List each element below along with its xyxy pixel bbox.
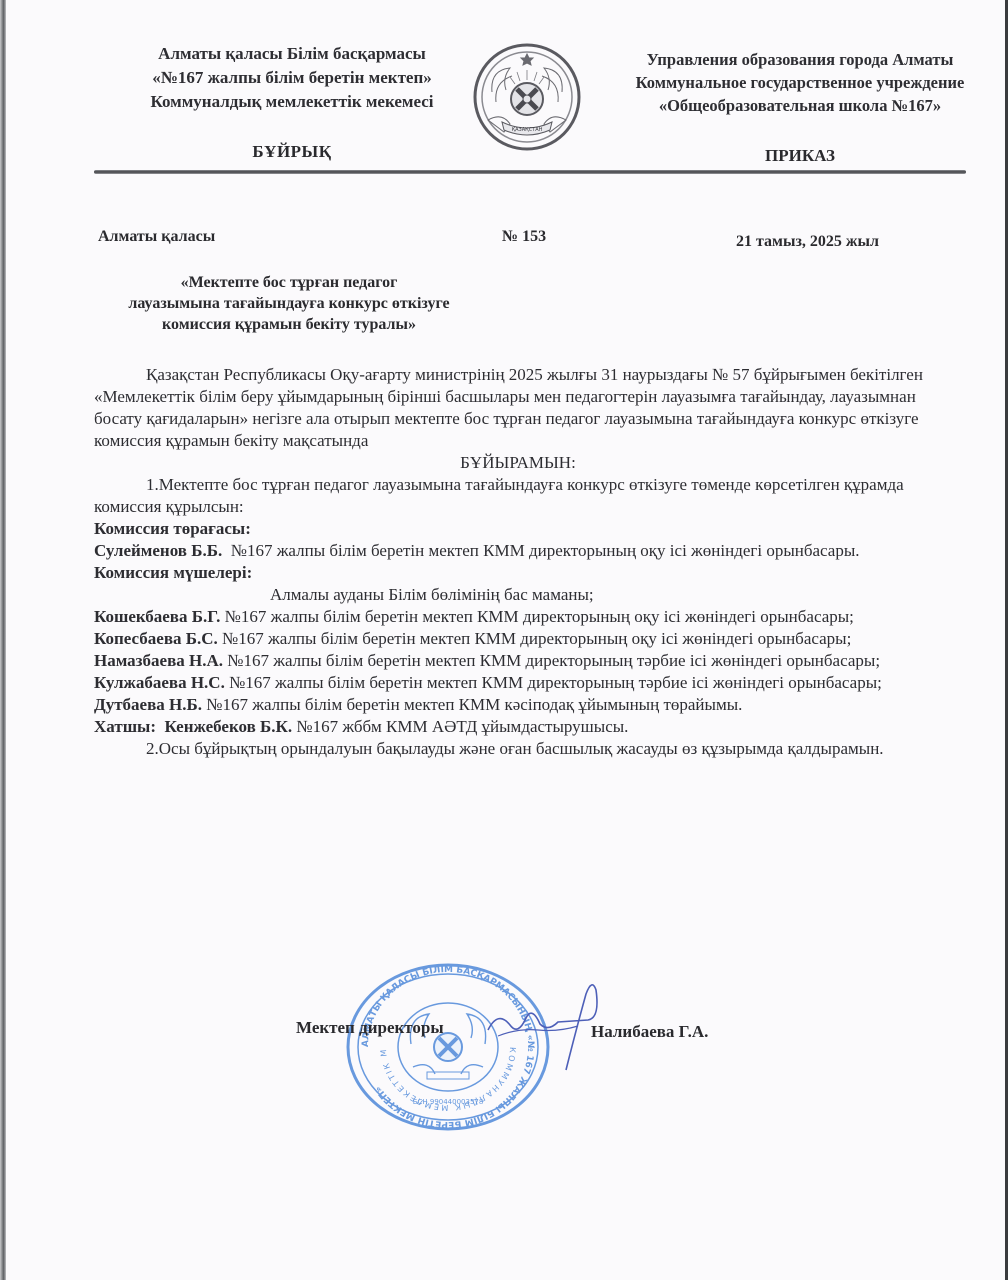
order-body: Қазақстан Республикасы Оқу-ағарту минист…: [94, 364, 942, 760]
secretary-name: Кенжебеков Б.К.: [164, 717, 292, 736]
kazakhstan-emblem-icon: ҚАЗАҚСТАН: [472, 42, 582, 152]
order-subject: «Мектепте бос тұрған педагог лауазымына …: [94, 272, 484, 335]
chair-name: Сулейменов Б.Б.: [94, 541, 222, 560]
member-role: №167 жалпы білім беретін мектеп КММ дире…: [225, 607, 854, 626]
document-page: Алматы қаласы Білім басқармасы «№167 жал…: [6, 0, 1005, 1280]
subject-line-3: комиссия құрамын бекіту туралы»: [94, 314, 484, 335]
header-divider: [94, 170, 966, 174]
header-kz-line-3: Коммуналдық мемлекеттік мекемесі: [102, 90, 482, 114]
members-heading: Комиссия мүшелері:: [94, 562, 942, 584]
member-role: №167 жалпы білім беретін мектеп КММ дире…: [227, 651, 880, 670]
order-date: 21 тамыз, 2025 жыл: [736, 233, 879, 251]
member-entry: Кошекбаева Б.Г. №167 жалпы білім беретін…: [94, 606, 942, 628]
header-kz-line-1: Алматы қаласы Білім басқармасы: [102, 42, 482, 66]
header-ru-line-2: Коммунальное государственное учреждение: [610, 71, 990, 94]
header-kz-line-2: «№167 жалпы білім беретін мектеп»: [102, 66, 482, 90]
header-ru: Управления образования города Алматы Ком…: [610, 48, 990, 117]
member-name: Кошекбаева Б.Г.: [94, 607, 220, 626]
chair-heading: Комиссия төрағасы:: [94, 518, 942, 540]
order-number: № 153: [502, 228, 546, 246]
member-name: Дутбаева Н.Б.: [94, 695, 202, 714]
member-entry: Намазбаева Н.А. №167 жалпы білім беретін…: [94, 650, 942, 672]
header-ru-line-3: «Общеобразовательная школа №167»: [610, 94, 990, 117]
signatory-name: Налибаева Г.А.: [591, 1022, 708, 1042]
subject-line-2: лауазымына тағайындауға конкурс өткізуге: [94, 293, 484, 314]
member-entry: Кулжабаева Н.С. №167 жалпы білім беретін…: [94, 672, 942, 694]
svg-text:ҚАЗАҚСТАН: ҚАЗАҚСТАН: [512, 127, 543, 133]
doc-type-ru: ПРИКАЗ: [610, 146, 990, 166]
member-role: №167 жалпы білім беретін мектеп КММ дире…: [222, 629, 851, 648]
clause-2: 2.Осы бұйрықтың орындалуын бақылауды жән…: [94, 738, 942, 760]
secretary-label: Хатшы:: [94, 717, 156, 736]
order-word: БҰЙЫРАМЫН:: [94, 452, 942, 474]
preamble: Қазақстан Республикасы Оқу-ағарту минист…: [94, 364, 942, 452]
member-entry: Дутбаева Н.Б. №167 жалпы білім беретін м…: [94, 694, 942, 716]
secretary-entry: Хатшы: Кенжебеков Б.К. №167 жббм КММ АӘТ…: [94, 716, 942, 738]
member-role: №167 жалпы білім беретін мектеп КММ дире…: [229, 673, 882, 692]
doc-type-kz: БҰЙРЫҚ: [102, 142, 482, 162]
header-kz: Алматы қаласы Білім басқармасы «№167 жал…: [102, 42, 482, 114]
header-ru-line-1: Управления образования города Алматы: [610, 48, 990, 71]
member-unnamed: Алмалы ауданы Білім бөлімінің бас маманы…: [94, 584, 942, 606]
member-name: Копесбаева Б.С.: [94, 629, 218, 648]
secretary-role: №167 жббм КММ АӘТД ұйымдастырушысы.: [296, 717, 628, 736]
svg-text:БСН 990440003578: БСН 990440003578: [413, 1098, 484, 1106]
clause-1: 1.Мектепте бос тұрған педагог лауазымына…: [94, 474, 942, 518]
chair-role: №167 жалпы білім беретін мектеп КММ дире…: [231, 541, 860, 560]
signatory-title: Мектеп директоры: [296, 1018, 444, 1038]
chair-entry: Сулейменов Б.Б. №167 жалпы білім беретін…: [94, 540, 942, 562]
member-entry: Копесбаева Б.С. №167 жалпы білім беретін…: [94, 628, 942, 650]
member-name: Намазбаева Н.А.: [94, 651, 223, 670]
member-name: Кулжабаева Н.С.: [94, 673, 225, 692]
subject-line-1: «Мектепте бос тұрған педагог: [94, 272, 484, 293]
member-role: №167 жалпы білім беретін мектеп КММ кәсі…: [206, 695, 742, 714]
order-city: Алматы қаласы: [98, 228, 215, 246]
